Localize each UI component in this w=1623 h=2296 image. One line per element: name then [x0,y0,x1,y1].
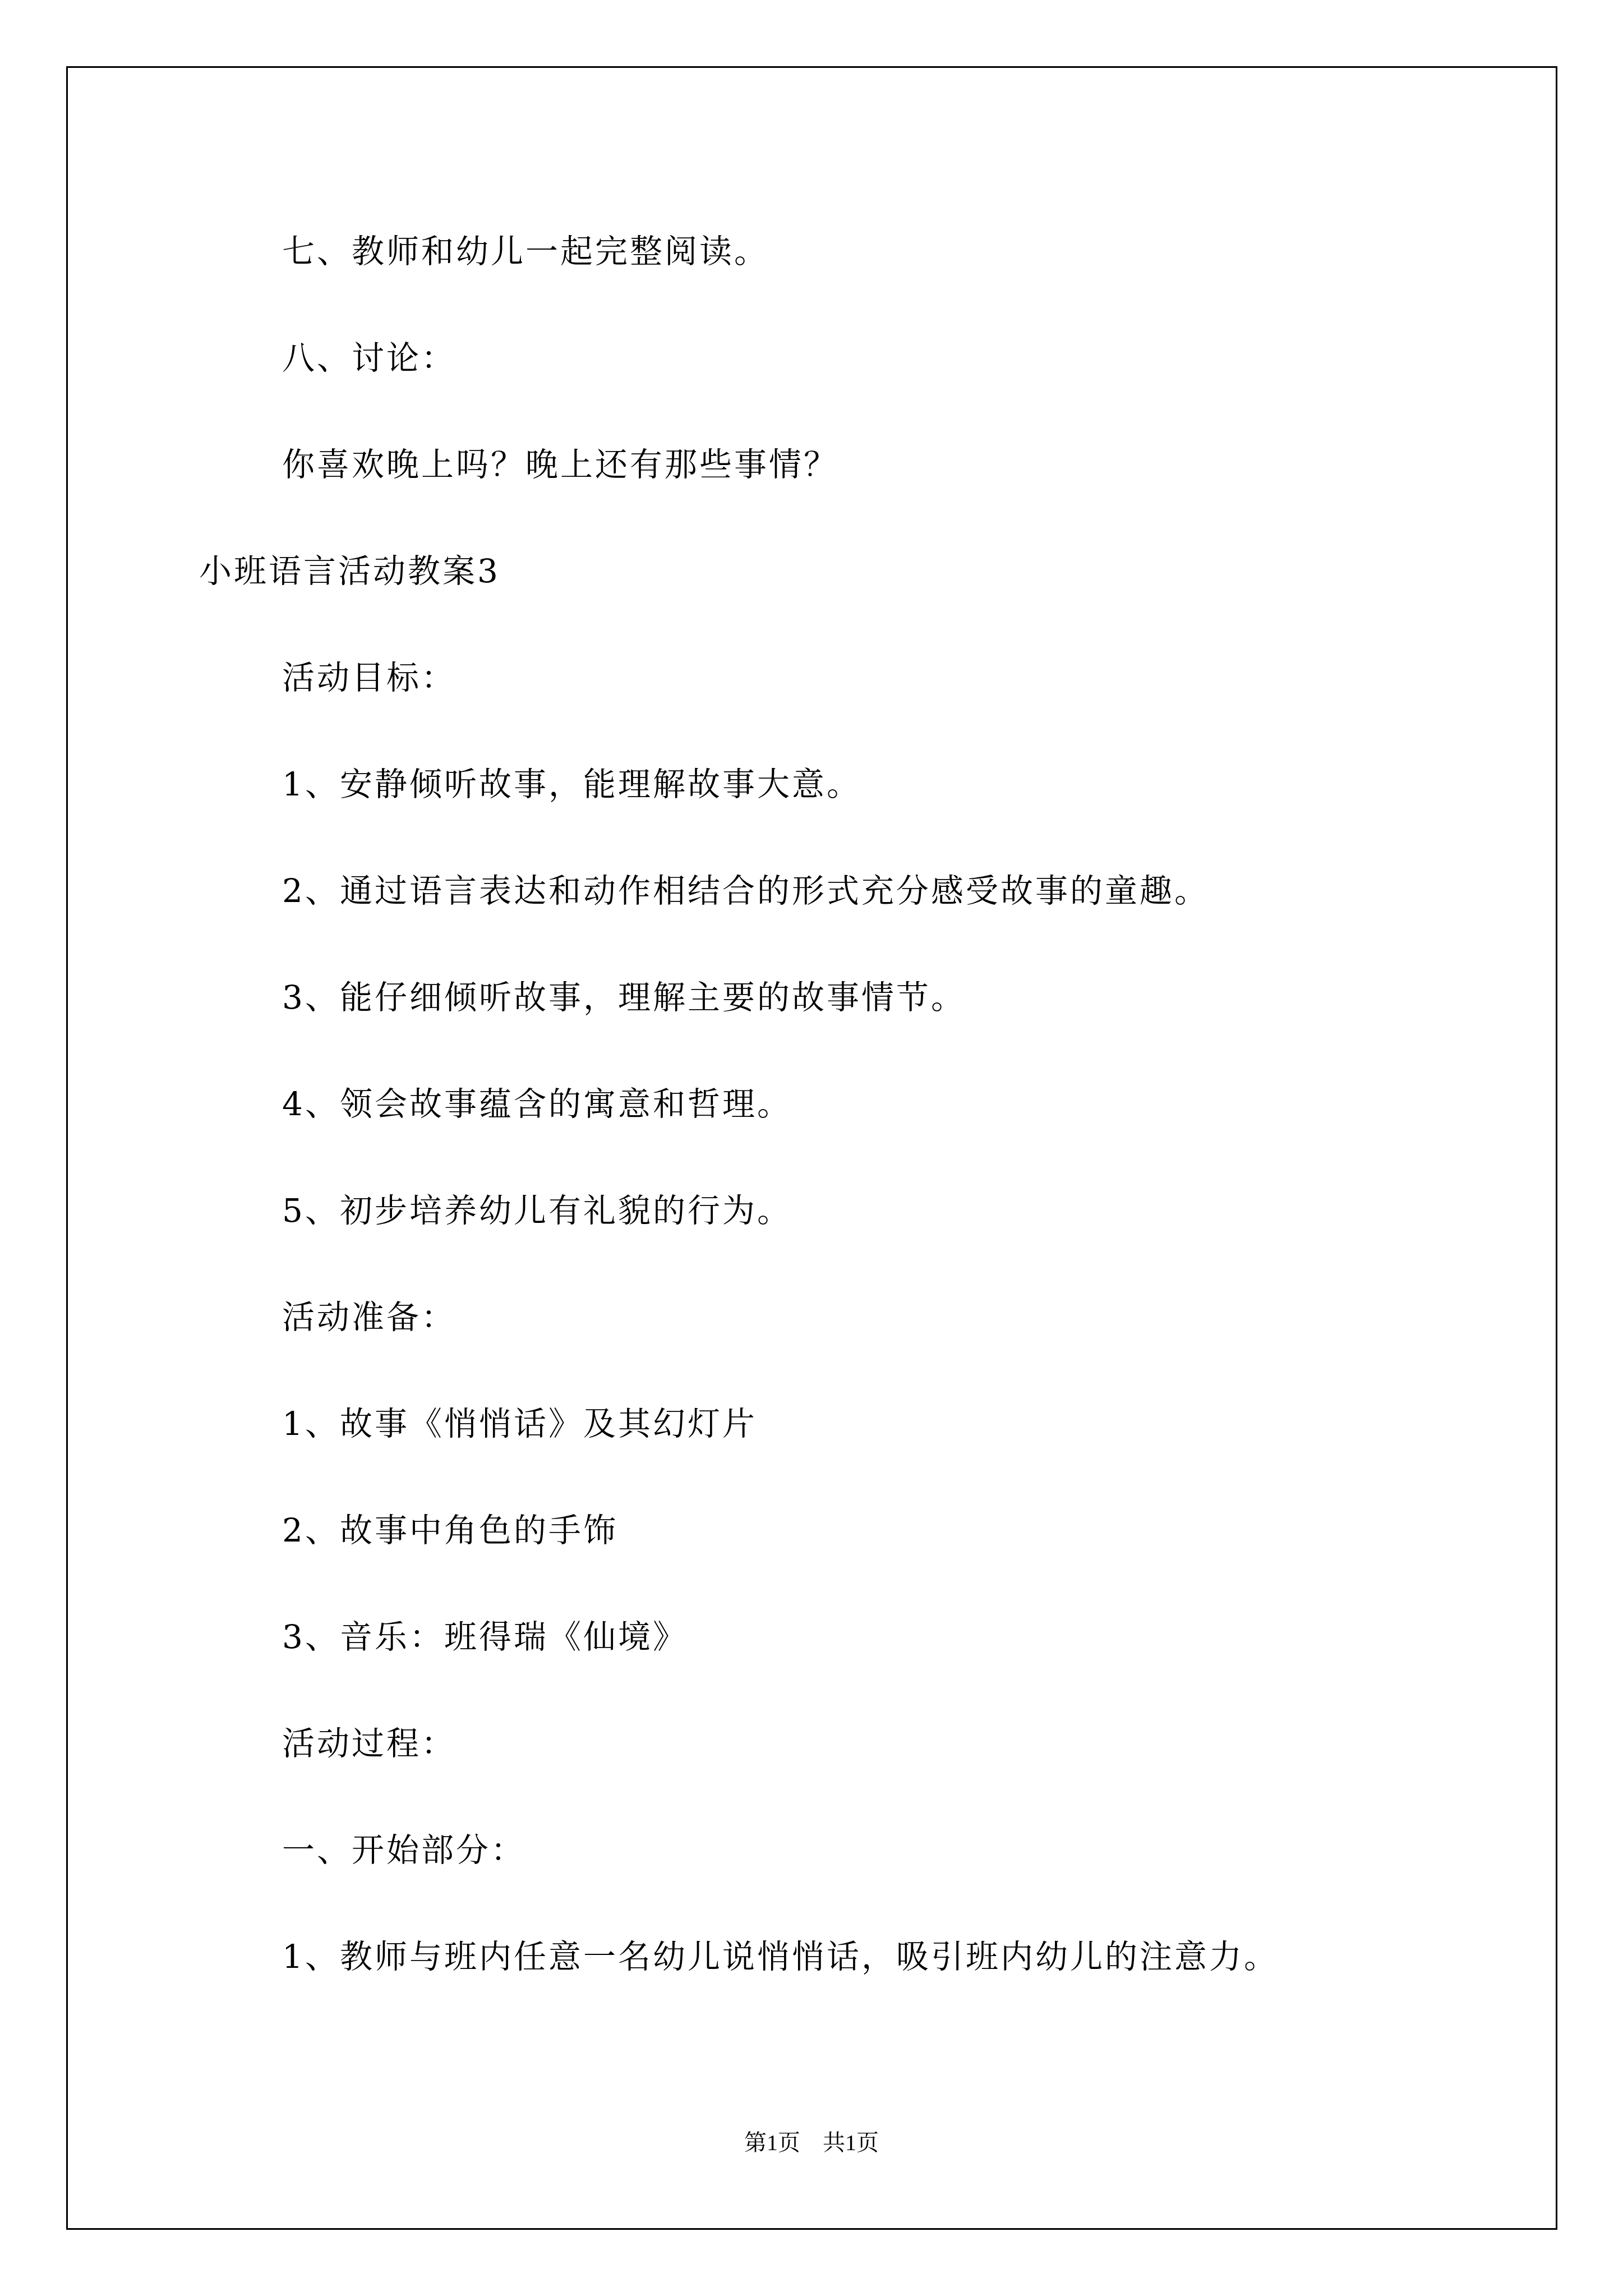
subheading-activity-goals: 活动目标： [282,658,456,697]
paragraph-step-seven: 七、教师和幼儿一起完整阅读。 [282,232,769,271]
preparation-item-1: 1、故事《悄悄话》及其幻灯片 [282,1404,757,1443]
goal-item-5: 5、初步培养幼儿有礼貌的行为。 [282,1191,792,1230]
process-section-one: 一、开始部分： [282,1830,525,1870]
goal-item-4: 4、领会故事蕴含的寓意和哲理。 [282,1084,792,1124]
subheading-activity-process: 活动过程： [282,1724,456,1763]
subheading-activity-preparation: 活动准备： [282,1297,456,1337]
page-footer: 第1页共1页 [0,2129,1623,2157]
goal-item-3: 3、能仔细倾听故事，理解主要的故事情节。 [282,978,966,1017]
goal-item-2: 2、通过语言表达和动作相结合的形式充分感受故事的童趣。 [282,871,1209,910]
preparation-item-2: 2、故事中角色的手饰 [282,1511,618,1550]
goal-item-1: 1、安静倾听故事，能理解故事大意。 [282,765,861,804]
total-pages-label: 共1页 [823,2129,879,2157]
page-border [66,66,1557,2230]
paragraph-discussion-question: 你喜欢晚上吗？晚上还有那些事情？ [282,445,838,484]
current-page-label: 第1页 [744,2129,800,2157]
paragraph-step-eight: 八、讨论： [282,338,456,378]
preparation-item-3: 3、音乐：班得瑞《仙境》 [282,1617,688,1657]
section-heading: 小班语言活动教案3 [199,551,500,591]
process-item-1: 1、教师与班内任意一名幼儿说悄悄话，吸引班内幼儿的注意力。 [282,1937,1279,1976]
